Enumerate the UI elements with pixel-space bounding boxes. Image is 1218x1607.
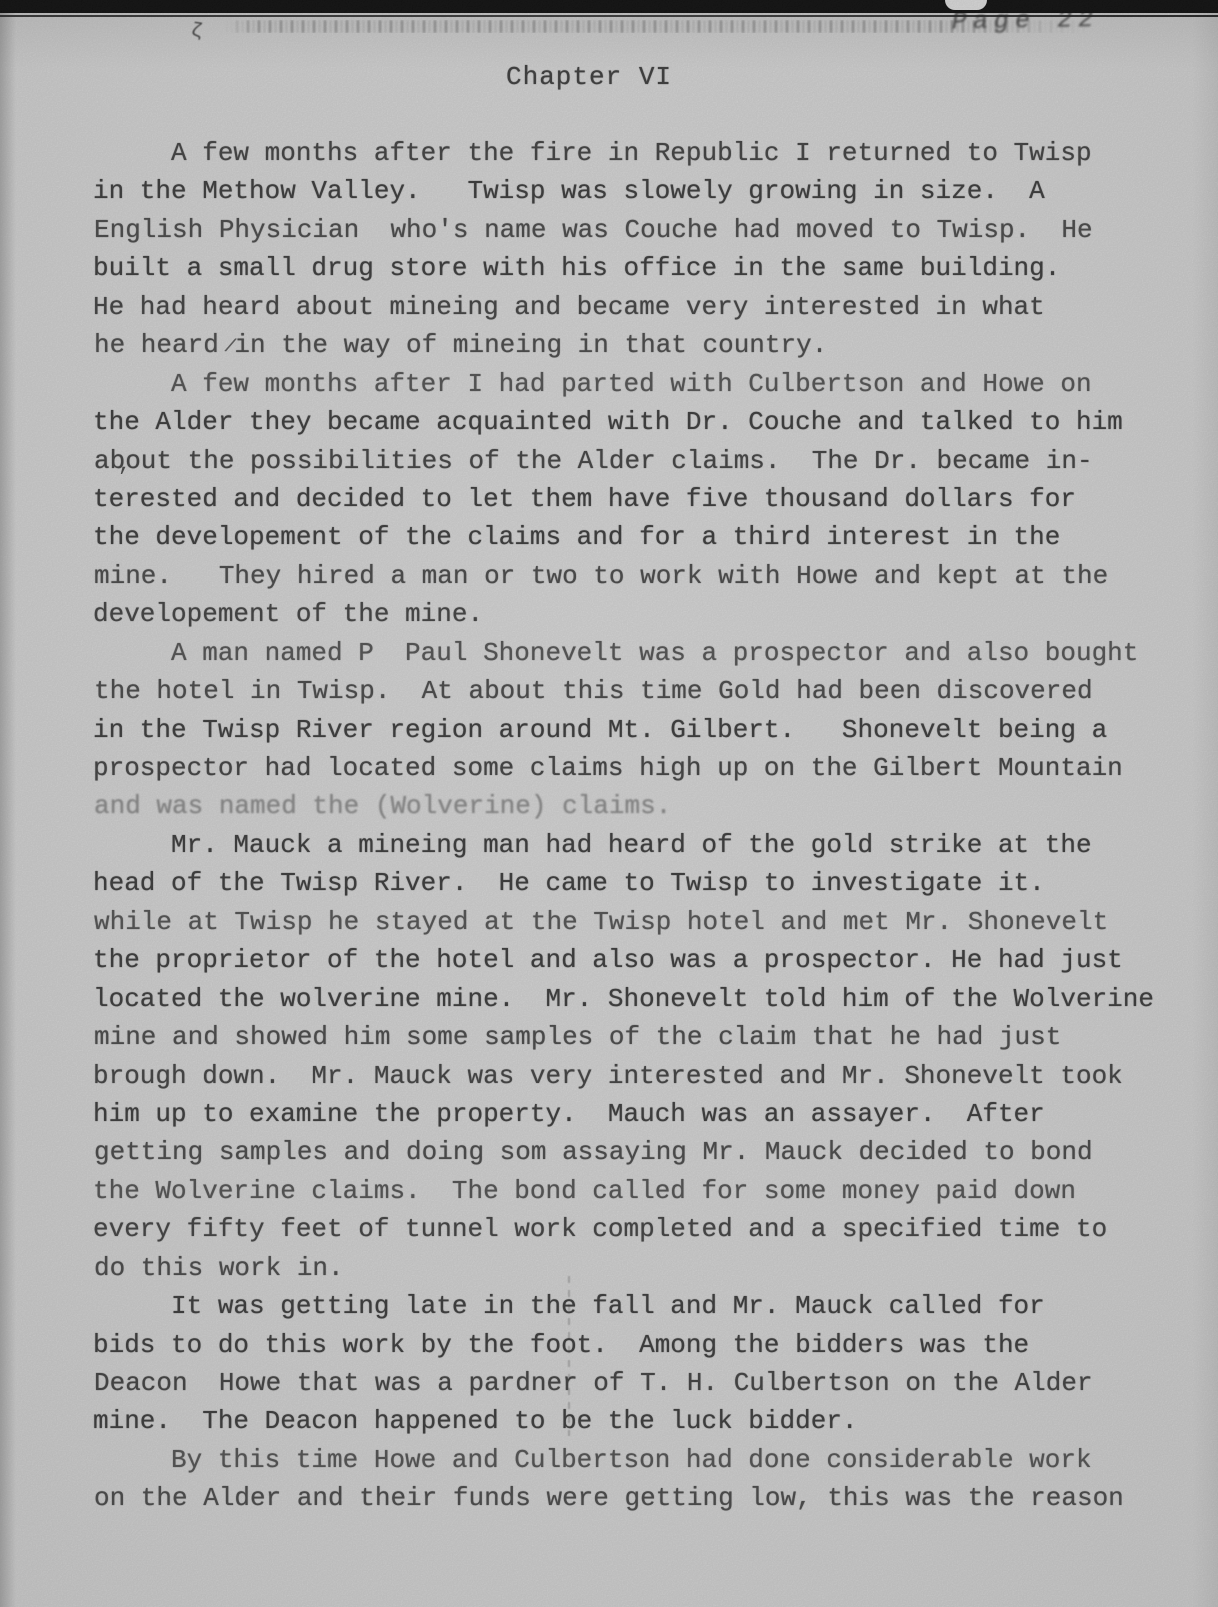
body-line: in the Twisp River region around Mt. Gil… bbox=[93, 711, 1193, 749]
body-line: It was getting late in the fall and Mr. … bbox=[93, 1287, 1193, 1325]
body-line: A man named P Paul Shonevelt was a prosp… bbox=[93, 634, 1193, 672]
body-line: the Wolverine claims. The bond called fo… bbox=[93, 1172, 1193, 1210]
body-line: him up to examine the property. Mauch wa… bbox=[93, 1095, 1193, 1133]
body-line: the developement of the claims and for a… bbox=[93, 518, 1193, 556]
body-line: about the possibilities of the Alder cla… bbox=[94, 442, 1194, 480]
body-line: head of the Twisp River. He came to Twis… bbox=[93, 864, 1193, 902]
body-line: English Physician who's name was Couche … bbox=[94, 211, 1194, 249]
stray-pen-mark: ζ bbox=[190, 19, 204, 42]
body-line: Mr. Mauck a mineing man had heard of the… bbox=[93, 826, 1193, 864]
scanned-page: Page 22 ζ / , Chapter VI A few months af… bbox=[0, 0, 1218, 1607]
body-line: prospector had located some claims high … bbox=[93, 749, 1193, 787]
body-line: A few months after I had parted with Cul… bbox=[93, 365, 1193, 403]
body-line: bids to do this work by the foot. Among … bbox=[93, 1326, 1193, 1364]
body-line: the hotel in Twisp. At about this time G… bbox=[94, 672, 1194, 710]
page-curl-notch bbox=[945, 0, 987, 10]
body-line: located the wolverine mine. Mr. Shonevel… bbox=[93, 980, 1193, 1018]
body-line: Deacon Howe that was a pardner of T. H. … bbox=[94, 1364, 1194, 1402]
body-text: A few months after the fire in Republic … bbox=[93, 134, 1193, 1518]
body-line: built a small drug store with his office… bbox=[93, 249, 1193, 287]
body-line: and was named the (Wolverine) claims. bbox=[94, 787, 1194, 825]
body-line: do this work in. bbox=[94, 1249, 1194, 1287]
body-line: the Alder they became acquainted with Dr… bbox=[93, 403, 1193, 441]
body-line: he heard in the way of mineing in that c… bbox=[94, 326, 1194, 364]
body-line: the proprietor of the hotel and also was… bbox=[93, 941, 1193, 979]
body-line: mine. The Deacon happened to be the luck… bbox=[93, 1402, 1193, 1440]
body-line: every fifty feet of tunnel work complete… bbox=[93, 1210, 1193, 1248]
body-line: in the Methow Valley. Twisp was slowely … bbox=[93, 172, 1193, 210]
paper-crease-line bbox=[568, 1276, 570, 1436]
body-line: mine and showed him some samples of the … bbox=[94, 1018, 1194, 1056]
body-line: He had heard about mineing and became ve… bbox=[93, 288, 1193, 326]
body-line: while at Twisp he stayed at the Twisp ho… bbox=[94, 903, 1194, 941]
body-line: A few months after the fire in Republic … bbox=[93, 134, 1193, 172]
body-line: on the Alder and their funds were gettin… bbox=[94, 1479, 1194, 1517]
body-line: brough down. Mr. Mauck was very interest… bbox=[93, 1057, 1193, 1095]
body-line: getting samples and doing som assaying M… bbox=[94, 1133, 1194, 1171]
scan-edge-bar bbox=[0, 0, 1218, 13]
body-line: developement of the mine. bbox=[93, 595, 1193, 633]
body-line: terested and decided to let them have fi… bbox=[93, 480, 1193, 518]
chapter-title: Chapter VI bbox=[506, 62, 672, 92]
body-line: By this time Howe and Culbertson had don… bbox=[93, 1441, 1193, 1479]
body-line: mine. They hired a man or two to work wi… bbox=[94, 557, 1194, 595]
